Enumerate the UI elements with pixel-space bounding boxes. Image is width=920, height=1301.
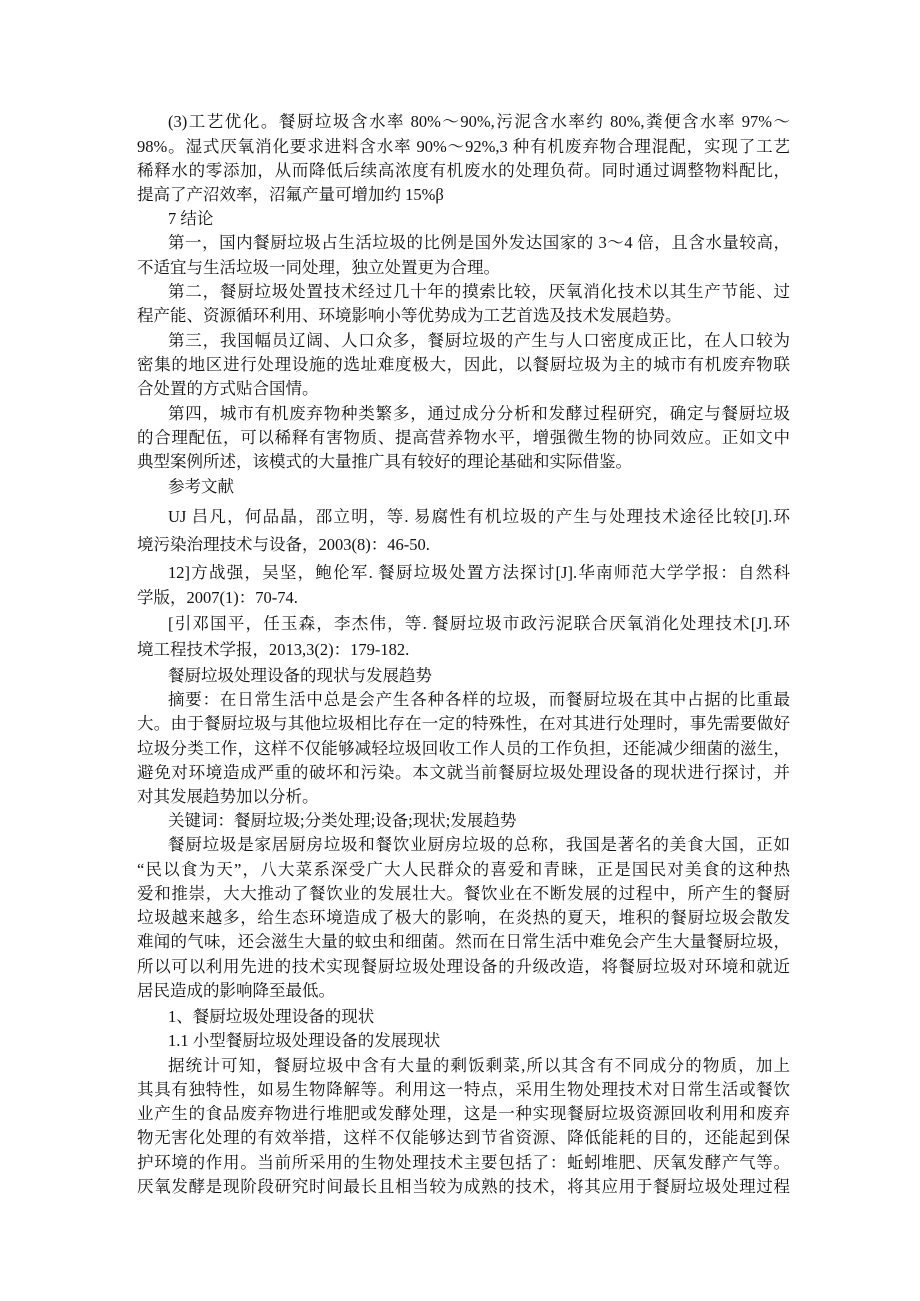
text-line: 据统计可知，餐厨垃圾中含有大量的剩饭剩菜,所以其含有不同成分的物质，加上 — [168, 1054, 790, 1078]
text-line: 厌氧发酵是现阶段研究时间最长且相当较为成熟的技术，将其应用于餐厨垃圾处理过程 — [137, 1175, 790, 1199]
text-line: 参考文献 — [168, 475, 790, 499]
text-line: 稀释水的零添加，从而降低后续高浓度有机废水的处理负荷。同时通过调整物料配比， — [137, 159, 790, 183]
text-line: 学版，2007(1)：70-74. — [137, 586, 790, 610]
text-line: 居民造成的影响降至最低。 — [137, 979, 790, 1003]
text-line: 垃圾分类工作，这样不仅能够减轻垃圾回收工作人员的工作负担，还能减少细菌的滋生， — [137, 737, 790, 761]
text-line: 摘要：在日常生活中总是会产生各种各样的垃圾，而餐厨垃圾在其中占据的比重最 — [168, 688, 790, 712]
text-line: 程产能、资源循环利用、环境影响小等优势成为工艺首选及技术发展趋势。 — [137, 304, 790, 328]
text-line: 避免对环境造成严重的破坏和污染。本文就当前餐厨垃圾处理设备的现状进行探讨，并 — [137, 761, 790, 785]
text-line: 垃圾越来越多，给生态环境造成了极大的影响，在炎热的夏天，堆积的餐厨垃圾会散发 — [137, 906, 790, 930]
text-line: 业产生的食品废弃物进行堆肥或发酵处理，这是一种实现餐厨垃圾资源回收利用和废弃 — [137, 1102, 790, 1126]
text-line: 爱和推崇，大大推动了餐饮业的发展壮大。餐饮业在不断发展的过程中，所产生的餐厨 — [137, 882, 790, 906]
text-line: 难闻的气味，还会滋生大量的蚊虫和细菌。然而在日常生活中难免会产生大量餐厨垃圾， — [137, 930, 790, 954]
document-page: (3)工艺优化。餐厨垃圾含水率 80%～90%,污泥含水率约 80%,粪便含水率… — [0, 0, 920, 1301]
text-line: 物无害化处理的有效举措，这样不仅能够达到节省资源、降低能耗的目的，还能起到保 — [137, 1126, 790, 1150]
text-line: 所以可以利用先进的技术实现餐厨垃圾处理设备的升级改造，将餐厨垃圾对环境和就近 — [137, 955, 790, 979]
text-line: 12]方战强，吴坚，鲍伦军. 餐厨垃圾处置方法探讨[J].华南师范大学学报：自然… — [168, 561, 790, 585]
text-line: 98%。湿式厌氧消化要求进料含水率 90%～92%,3 种有机废弃物合理混配，实… — [137, 135, 790, 159]
text-line: 境污染治理技术与设备，2003(8)：46-50. — [137, 533, 790, 557]
text-line: “民以食为天”，八大菜系深受广大人民群众的喜爱和青睐，正是国民对美食的这种热 — [137, 858, 790, 882]
text-line: 境工程技术学报，2013,3(2)：179-182. — [137, 638, 790, 662]
text-line: 第三，我国幅员辽阔、人口众多，餐厨垃圾的产生与人口密度成正比，在人口较为 — [168, 329, 790, 353]
text-line: UJ 吕凡，何品晶，邵立明，等. 易腐性有机垃圾的产生与处理技术途径比较[J].… — [168, 505, 790, 529]
text-line: 不适宜与生活垃圾一同处理，独立处置更为合理。 — [137, 256, 790, 280]
text-line: 大。由于餐厨垃圾与其他垃圾相比存在一定的特殊性，在对其进行处理时，事先需要做好 — [137, 712, 790, 736]
text-line: 提高了产沼效率，沼氟产量可增加约 15%β — [137, 183, 790, 207]
text-line: 7 结论 — [168, 207, 790, 231]
text-line: 第四，城市有机废弃物种类繁多，通过成分分析和发酵过程研究，确定与餐厨垃圾 — [168, 402, 790, 426]
text-line: [引邓国平，任玉森，李杰伟，等. 餐厨垃圾市政污泥联合厌氧消化处理技术[J].环 — [168, 612, 790, 636]
text-line: 1、餐厨垃圾处理设备的现状 — [168, 1005, 790, 1029]
text-line: 其具有独特性，如易生物降解等。利用这一特点，采用生物处理技术对日常生活或餐饮 — [137, 1078, 790, 1102]
text-line: (3)工艺优化。餐厨垃圾含水率 80%～90%,污泥含水率约 80%,粪便含水率… — [168, 110, 790, 134]
text-line: 第一，国内餐厨垃圾占生活垃圾的比例是国外发达国家的 3～4 倍，且含水量较高， — [168, 231, 790, 255]
text-line: 密集的地区进行处理设施的选址难度极大，因此，以餐厨垃圾为主的城市有机废弃物联 — [137, 353, 790, 377]
text-line: 对其发展趋势加以分析。 — [137, 785, 790, 809]
text-line: 餐厨垃圾是家居厨房垃圾和餐饮业厨房垃圾的总称，我国是著名的美食大国，正如 — [168, 833, 790, 857]
text-line: 1.1 小型餐厨垃圾处理设备的发展现状 — [168, 1029, 790, 1053]
text-line: 的合理配伍，可以稀释有害物质、提高营养物水平，增强微生物的协同效应。正如文中 — [137, 426, 790, 450]
text-line: 合处置的方式贴合国情。 — [137, 377, 790, 401]
text-line: 第二，餐厨垃圾处置技术经过几十年的摸索比较，厌氧消化技术以其生产节能、过 — [168, 280, 790, 304]
text-line: 关键词：餐厨垃圾;分类处理;设备;现状;发展趋势 — [168, 809, 790, 833]
text-line: 典型案例所述，该模式的大量推广具有较好的理论基础和实际借鉴。 — [137, 450, 790, 474]
text-line: 餐厨垃圾处理设备的现状与发展趋势 — [168, 664, 790, 688]
text-line: 护环境的作用。当前所采用的生物处理技术主要包括了：蚯蚓堆肥、厌氧发酵产气等。 — [137, 1151, 790, 1175]
